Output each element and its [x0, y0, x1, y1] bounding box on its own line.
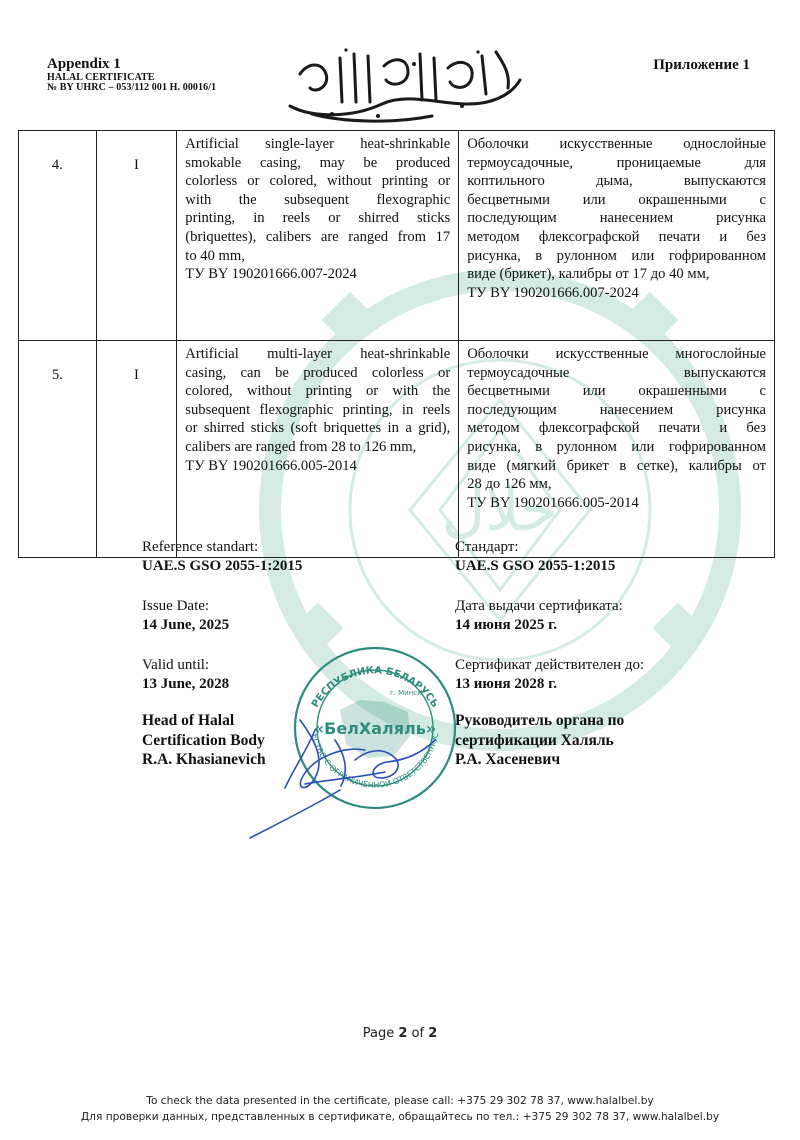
description-line: рисунка, в рулонном или гофрированном	[467, 247, 766, 266]
verification-note-en: To check the data presented in the certi…	[0, 1095, 800, 1107]
standard-label-en: Reference standart:	[142, 538, 258, 557]
description-line: smokable casing, may be produced	[185, 154, 450, 173]
product-description-en: Artificial single-layer heat-shrinkables…	[177, 131, 459, 341]
table-row: 5.IArtificial multi-layer heat-shrinkabl…	[19, 341, 775, 558]
description-line: ТУ BY 190201666.007-2024	[185, 265, 450, 284]
standard-value-en: UAE.S GSO 2055-1:2015	[142, 557, 302, 576]
row-class-cell: I	[96, 341, 177, 558]
product-description-en: Artificial multi-layer heat-shrinkableca…	[177, 341, 459, 558]
issue-date-value-en: 14 June, 2025	[142, 616, 229, 635]
valid-until-label-en: Valid until:	[142, 656, 209, 675]
signatory-line: сертификации Халяль	[455, 731, 624, 751]
valid-until-value-en: 13 June, 2028	[142, 675, 229, 694]
page-indicator: Page 2 of 2	[0, 1026, 800, 1041]
page-total: 2	[428, 1026, 437, 1041]
description-line: or shirred sticks (soft briquettes in a …	[185, 419, 450, 438]
standard-label-ru: Стандарт:	[455, 538, 519, 557]
description-line: (briquettes), calibers are ranged from 1…	[185, 228, 450, 247]
description-line: Artificial multi-layer heat-shrinkable	[185, 345, 450, 364]
signatory-block-ru: Руководитель органа по сертификации Халя…	[455, 711, 624, 770]
page-prefix: Page	[363, 1026, 394, 1041]
page-of: of	[412, 1026, 425, 1041]
description-line: термоусадочные, проницаемые для	[467, 154, 766, 173]
description-line: ТУ BY 190201666.005-2014	[467, 494, 766, 513]
description-line: colored, without printing or with the	[185, 382, 450, 401]
description-line: виде (мягкий брикет в сетке), калибры от	[467, 457, 766, 476]
row-number-cell: 5.	[19, 341, 97, 558]
description-line: виде (брикет), калибры от 17 до 40 мм,	[467, 265, 766, 284]
description-line: casing, can be produced colorless or	[185, 364, 450, 383]
appendix-label-en: Appendix 1	[47, 57, 216, 73]
description-line: printing, in reels or shirred sticks	[185, 209, 450, 228]
header-left: Appendix 1 HALAL CERTIFICATE № BY UHRC –…	[47, 57, 216, 94]
description-line: calibers are ranged from 28 to 126 mm,	[185, 438, 450, 457]
signatory-name: Р.А. Хасеневич	[455, 750, 624, 770]
signatory-line: Руководитель органа по	[455, 711, 624, 731]
description-line: последующим нанесением рисунка	[467, 401, 766, 420]
page-current: 2	[398, 1026, 407, 1041]
product-description-ru: Оболочки искусственные однослойныетермоу…	[459, 131, 775, 341]
svg-text:г. Минск: г. Минск	[390, 689, 421, 697]
issue-date-label-en: Issue Date:	[142, 597, 209, 616]
valid-until-label-ru: Сертификат действителен до:	[455, 656, 644, 675]
verification-note-ru: Для проверки данных, представленных в се…	[0, 1111, 800, 1123]
product-table: 4.IArtificial single-layer heat-shrinkab…	[18, 130, 775, 558]
standard-value-ru: UAE.S GSO 2055-1:2015	[455, 557, 615, 576]
description-line: to 40 mm,	[185, 247, 450, 266]
description-line: with the subsequent flexographic	[185, 191, 450, 210]
row-number-cell: 4.	[19, 131, 97, 341]
description-line: рисунка, в рулонном или гофрированном	[467, 438, 766, 457]
description-line: ТУ BY 190201666.007-2024	[467, 284, 766, 303]
issue-date-value-ru: 14 июня 2025 г.	[455, 616, 557, 635]
description-line: последующим нанесением рисунка	[467, 209, 766, 228]
description-line: коптильного дыма, выпускаются	[467, 172, 766, 191]
signature-icon	[245, 700, 445, 840]
description-line: colorless or colored, without printing o…	[185, 172, 450, 191]
description-line: 28 до 126 мм,	[467, 475, 766, 494]
certificate-number: № BY UHRC – 053/112 001 H. 00016/1	[47, 83, 216, 94]
description-line: Оболочки искусственные многослойные	[467, 345, 766, 364]
description-line: термоусадочные выпускаются	[467, 364, 766, 383]
description-line: Оболочки искусственные однослойные	[467, 135, 766, 154]
description-line: бесцветными или окрашенными с	[467, 382, 766, 401]
description-line: бесцветными или окрашенными с	[467, 191, 766, 210]
valid-until-value-ru: 13 июня 2028 г.	[455, 675, 557, 694]
issue-date-label-ru: Дата выдачи сертификата:	[455, 597, 623, 616]
table-row: 4.IArtificial single-layer heat-shrinkab…	[19, 131, 775, 341]
description-line: Artificial single-layer heat-shrinkable	[185, 135, 450, 154]
description-line: методом флексографской печати и без	[467, 419, 766, 438]
appendix-label-ru: Приложение 1	[653, 57, 750, 74]
row-class-cell: I	[96, 131, 177, 341]
description-line: ТУ BY 190201666.005-2014	[185, 457, 450, 476]
description-line: subsequent flexographic printing, in ree…	[185, 401, 450, 420]
bismillah-calligraphy-icon	[282, 44, 528, 124]
description-line: методом флексографской печати и без	[467, 228, 766, 247]
product-description-ru: Оболочки искусственные многослойныетермо…	[459, 341, 775, 558]
